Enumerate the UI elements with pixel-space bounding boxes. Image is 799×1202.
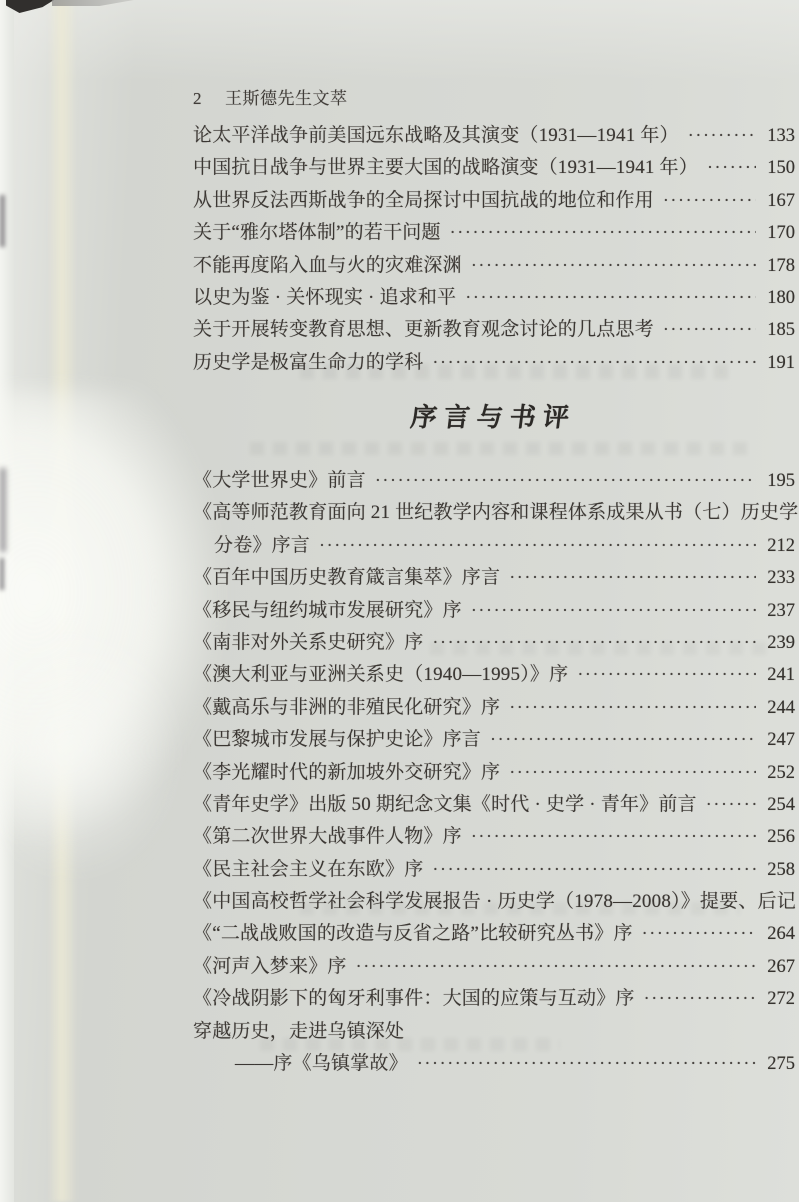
toc-entry: 《河声入梦来》序 267 bbox=[193, 950, 795, 982]
toc-entry-title: 以史为鉴 · 关怀现实 · 追求和平 bbox=[193, 282, 456, 314]
left-edge-smudge bbox=[0, 558, 4, 590]
toc-entry-page: 191 bbox=[763, 347, 795, 379]
toc-entry-page: 258 bbox=[763, 854, 795, 886]
book-title: 王斯德先生文萃 bbox=[225, 89, 348, 108]
toc-entry-page: 185 bbox=[763, 314, 795, 346]
toc-entry-title: 《“二战战败国的改造与反省之路”比较研究丛书》序 bbox=[193, 918, 633, 950]
toc-entry: 分卷》序言 212 bbox=[193, 529, 795, 561]
dot-leader bbox=[417, 1047, 756, 1080]
toc-entry-page: 264 bbox=[763, 918, 795, 950]
dot-leader bbox=[509, 756, 756, 789]
toc-entry: 《高等师范教育面向 21 世纪教学内容和课程体系成果从书（七）历史学 bbox=[193, 496, 795, 528]
page-number: 2 bbox=[193, 89, 202, 109]
dot-leader bbox=[644, 982, 756, 1015]
toc-entry: 从世界反法西斯战争的全局探讨中国抗战的地位和作用 167 bbox=[193, 184, 795, 216]
toc-entry-title: 《民主社会主义在东欧》序 bbox=[193, 854, 423, 886]
left-edge-smudge bbox=[0, 468, 6, 552]
toc-entry: 《巴黎城市发展与保护史论》序言 247 bbox=[193, 723, 795, 755]
toc-entry: 《第二次世界大战事件人物》序 256 bbox=[193, 820, 795, 852]
toc-entry-title: 历史学是极富生命力的学科 bbox=[193, 347, 423, 379]
toc-entry-title: 《百年中国历史教育箴言集萃》序言 bbox=[193, 562, 500, 594]
running-header: 2王斯德先生文萃 bbox=[193, 84, 348, 109]
toc-entry-page: 247 bbox=[763, 724, 795, 756]
toc-entry-title: 《移民与纽约城市发展研究》序 bbox=[193, 595, 462, 627]
toc-entry-page: 180 bbox=[763, 282, 795, 314]
toc-part-1: 论太平洋战争前美国远东战略及其演变（1931—1941 年） 133 中国抗日战… bbox=[193, 119, 795, 378]
toc-entry-page: 256 bbox=[763, 821, 795, 853]
toc-entry-title: 分卷》序言 bbox=[214, 530, 310, 562]
toc-entry-title: ——序《乌镇掌故》 bbox=[235, 1048, 408, 1080]
toc-entry-title: 论太平洋战争前美国远东战略及其演变（1931—1941 年） bbox=[193, 120, 679, 152]
toc-entry-title: 《李光耀时代的新加坡外交研究》序 bbox=[193, 757, 500, 789]
dot-leader bbox=[465, 281, 756, 314]
toc-entry-title: 《高等师范教育面向 21 世纪教学内容和课程体系成果从书（七）历史学 bbox=[193, 497, 798, 529]
toc-entry-page: 150 bbox=[763, 152, 795, 184]
toc-entry-title: 《中国高校哲学社会科学发展报告 · 历史学（1978—2008）》提要、后记 bbox=[193, 886, 796, 918]
toc-entry: 《“二战战败国的改造与反省之路”比较研究丛书》序 264 bbox=[193, 917, 795, 949]
dot-leader bbox=[577, 658, 756, 691]
dot-leader bbox=[663, 184, 756, 217]
toc-entry-title: 《冷战阴影下的匈牙利事件：大国的应策与互动》序 bbox=[193, 983, 635, 1015]
dot-leader bbox=[432, 853, 756, 886]
toc-entry-page: 167 bbox=[763, 185, 795, 217]
dot-leader bbox=[375, 464, 756, 497]
dot-leader bbox=[319, 529, 756, 562]
toc-entry: 《南非对外关系史研究》序 239 bbox=[193, 626, 795, 658]
toc-entry-title: 《青年史学》出版 50 期纪念文集《时代 · 史学 · 青年》前言 bbox=[193, 789, 697, 821]
toc-entry: 《冷战阴影下的匈牙利事件：大国的应策与互动》序 272 bbox=[193, 982, 795, 1014]
page-top-highlight bbox=[0, 0, 799, 80]
toc-entry-page: 252 bbox=[763, 757, 795, 789]
toc-entry: 论太平洋战争前美国远东战略及其演变（1931—1941 年） 133 bbox=[193, 119, 795, 151]
dot-leader bbox=[707, 151, 756, 184]
toc-entry-page: 195 bbox=[763, 465, 795, 497]
toc-entry-page: 233 bbox=[763, 562, 795, 594]
section-heading-text: 序言与书评 bbox=[409, 397, 579, 434]
toc-entry: 《中国高校哲学社会科学发展报告 · 历史学（1978—2008）》提要、后记 2… bbox=[193, 885, 795, 917]
toc-entry: 《百年中国历史教育箴言集萃》序言 233 bbox=[193, 561, 795, 593]
toc-entry: 以史为鉴 · 关怀现实 · 追求和平 180 bbox=[193, 281, 795, 313]
toc-entry: 《民主社会主义在东欧》序 258 bbox=[193, 853, 795, 885]
dot-leader bbox=[432, 346, 756, 379]
toc-entry-page: 275 bbox=[763, 1048, 795, 1080]
toc-entry: 《戴高乐与非洲的非殖民化研究》序 244 bbox=[193, 691, 795, 723]
dot-leader bbox=[509, 561, 756, 594]
section-heading: 序言与书评 bbox=[193, 397, 795, 439]
dot-leader bbox=[471, 249, 756, 282]
toc-part-2: 《大学世界史》前言 195 《高等师范教育面向 21 世纪教学内容和课程体系成果… bbox=[193, 464, 795, 1079]
toc-entry-page: 241 bbox=[763, 659, 795, 691]
toc-entry: 《青年史学》出版 50 期纪念文集《时代 · 史学 · 青年》前言 254 bbox=[193, 788, 795, 820]
toc-entry: 历史学是极富生命力的学科 191 bbox=[193, 346, 795, 378]
toc-entry-title: 《南非对外关系史研究》序 bbox=[193, 627, 423, 659]
toc-entry-page: 272 bbox=[763, 983, 795, 1015]
dot-leader bbox=[663, 313, 756, 346]
toc-entry-page: 133 bbox=[763, 120, 795, 152]
dot-leader bbox=[490, 723, 756, 756]
toc-entry-title: 关于开展转变教育思想、更新教育观念讨论的几点思考 bbox=[193, 314, 654, 346]
toc-entry: 《移民与纽约城市发展研究》序 237 bbox=[193, 594, 795, 626]
toc-entry-title: 《大学世界史》前言 bbox=[193, 465, 366, 497]
toc-entry: 穿越历史，走进乌镇深处 bbox=[193, 1015, 795, 1047]
toc-entry-title: 《巴黎城市发展与保护史论》序言 bbox=[193, 724, 481, 756]
toc-entry-page: 267 bbox=[763, 951, 795, 983]
toc-entry: 《澳大利亚与亚洲关系史（1940—1995）》序 241 bbox=[193, 658, 795, 690]
toc-entry: 《大学世界史》前言 195 bbox=[193, 464, 795, 496]
toc-entry-page: 254 bbox=[763, 789, 795, 821]
dot-leader bbox=[432, 626, 756, 659]
toc-entry-page: 212 bbox=[763, 530, 795, 562]
toc-entry-page: 178 bbox=[763, 250, 795, 282]
toc-entry-title: 关于“雅尔塔体制”的若干问题 bbox=[193, 217, 441, 249]
left-edge-smudge bbox=[0, 195, 5, 247]
toc-entry-title: 穿越历史，走进乌镇深处 bbox=[193, 1016, 404, 1048]
dot-leader bbox=[471, 820, 756, 853]
toc-entry-title: 《第二次世界大战事件人物》序 bbox=[193, 821, 462, 853]
toc-entry: 不能再度陷入血与火的灾难深渊 178 bbox=[193, 249, 795, 281]
toc-entry-title: 《澳大利亚与亚洲关系史（1940—1995）》序 bbox=[193, 659, 568, 691]
dot-leader bbox=[356, 950, 756, 983]
toc-entry-title: 从世界反法西斯战争的全局探讨中国抗战的地位和作用 bbox=[193, 185, 654, 217]
toc-entry-page: 237 bbox=[763, 595, 795, 627]
book-page-photo: 2王斯德先生文萃 论太平洋战争前美国远东战略及其演变（1931—1941 年） … bbox=[0, 0, 799, 1202]
toc-entry: 关于开展转变教育思想、更新教育观念讨论的几点思考 185 bbox=[193, 313, 795, 345]
toc-entry: 关于“雅尔塔体制”的若干问题 170 bbox=[193, 216, 795, 248]
dot-leader bbox=[471, 594, 756, 627]
toc-entry-title: 不能再度陷入血与火的灾难深渊 bbox=[193, 250, 462, 282]
toc-entry: ——序《乌镇掌故》 275 bbox=[193, 1047, 795, 1079]
toc-entry-page: 239 bbox=[763, 627, 795, 659]
toc-entry-page: 170 bbox=[763, 217, 795, 249]
reverse-print-showthrough bbox=[250, 442, 750, 455]
dot-leader bbox=[450, 216, 756, 249]
toc-entry: 《李光耀时代的新加坡外交研究》序 252 bbox=[193, 756, 795, 788]
toc-entry-title: 《河声入梦来》序 bbox=[193, 951, 347, 983]
toc-entry-page: 244 bbox=[763, 692, 795, 724]
toc-entry: 中国抗日战争与世界主要大国的战略演变（1931—1941 年） 150 bbox=[193, 151, 795, 183]
toc-entry-title: 《戴高乐与非洲的非殖民化研究》序 bbox=[193, 692, 500, 724]
toc-entry-title: 中国抗日战争与世界主要大国的战略演变（1931—1941 年） bbox=[193, 152, 698, 184]
dot-leader bbox=[642, 917, 756, 950]
dot-leader bbox=[688, 119, 756, 152]
dot-leader bbox=[706, 788, 756, 821]
blurred-foreground-page-2 bbox=[0, 620, 180, 880]
dot-leader bbox=[509, 691, 756, 724]
